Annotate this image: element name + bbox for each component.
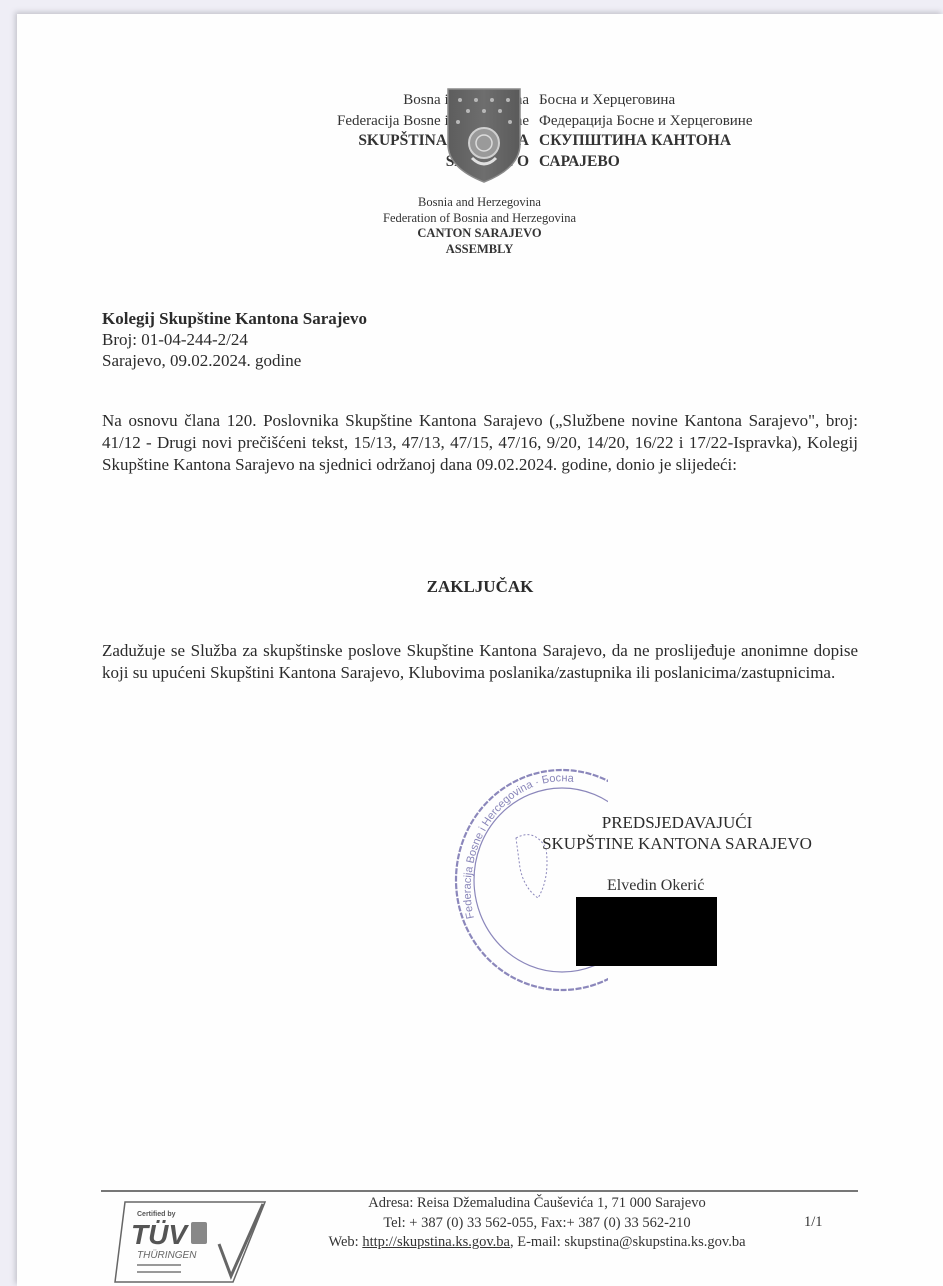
signature-block: PREDSJEDAVAJUĆI SKUPŠTINE KANTONA SARAJE… xyxy=(507,812,847,854)
issuer: Kolegij Skupštine Kantona Sarajevo xyxy=(102,308,367,329)
footer-divider xyxy=(101,1190,858,1192)
tuv-region: THÜRINGEN xyxy=(137,1249,197,1261)
header-federation-cyr: Федерација Босне и Херцеговине xyxy=(539,111,839,132)
header-city-cyr: САРАЈЕВО xyxy=(539,152,839,173)
document-page: Bosna i Hercegovina Federacija Bosne i H… xyxy=(17,14,943,1286)
header-english: Bosnia and Herzegovina Federation of Bos… xyxy=(267,195,692,257)
page-number: 1/1 xyxy=(804,1214,823,1231)
document-title: ZAKLJUČAK xyxy=(102,577,858,597)
place-date: Sarajevo, 09.02.2024. godine xyxy=(102,350,367,371)
redacted-signature xyxy=(576,897,717,966)
footer-phone: Tel: + 387 (0) 33 562-055, Fax:+ 387 (0)… xyxy=(287,1214,787,1234)
header-canton-en: CANTON SARAJEVO xyxy=(267,226,692,242)
signatory-institution: SKUPŠTINE KANTONA SARAJEVO xyxy=(507,833,847,854)
header-cyrillic: Босна и Херцеговина Федерација Босне и Х… xyxy=(539,90,839,172)
footer-web-email: Web: http://skupstina.ks.gov.ba, E-mail:… xyxy=(287,1233,787,1253)
header-assembly-en: ASSEMBLY xyxy=(267,242,692,258)
tuv-brand: TÜV xyxy=(131,1219,189,1250)
tuv-certification-logo: Certified by TÜV THÜRINGEN xyxy=(107,1194,267,1286)
document-meta: Kolegij Skupštine Kantona Sarajevo Broj:… xyxy=(102,308,367,371)
header-country-en: Bosnia and Herzegovina xyxy=(267,195,692,211)
web-label: Web: xyxy=(328,1234,362,1250)
website-link[interactable]: http://skupstina.ks.gov.ba xyxy=(362,1234,510,1250)
header-assembly-cyr: СКУПШТИНА КАНТОНА xyxy=(539,131,839,152)
footer-address: Adresa: Reisa Džemaludina Čauševića 1, 7… xyxy=(287,1194,787,1214)
signatory-role: PREDSJEDAVAJUĆI xyxy=(507,812,847,833)
tuv-certified-by: Certified by xyxy=(137,1211,176,1218)
header-country-cyr: Босна и Херцеговина xyxy=(539,90,839,111)
signatory-name: Elvedin Okerić xyxy=(607,877,704,895)
document-number: Broj: 01-04-244-2/24 xyxy=(102,329,367,350)
conclusion-paragraph: Zadužuje se Služba za skupštinske poslov… xyxy=(102,640,858,684)
footer-contact: Adresa: Reisa Džemaludina Čauševića 1, 7… xyxy=(287,1194,787,1253)
intro-paragraph: Na osnovu člana 120. Poslovnika Skupštin… xyxy=(102,410,858,476)
header-federation-en: Federation of Bosnia and Herzegovina xyxy=(267,211,692,227)
email-text: , E-mail: skupstina@skupstina.ks.gov.ba xyxy=(510,1234,746,1250)
coat-of-arms-icon xyxy=(445,86,523,184)
